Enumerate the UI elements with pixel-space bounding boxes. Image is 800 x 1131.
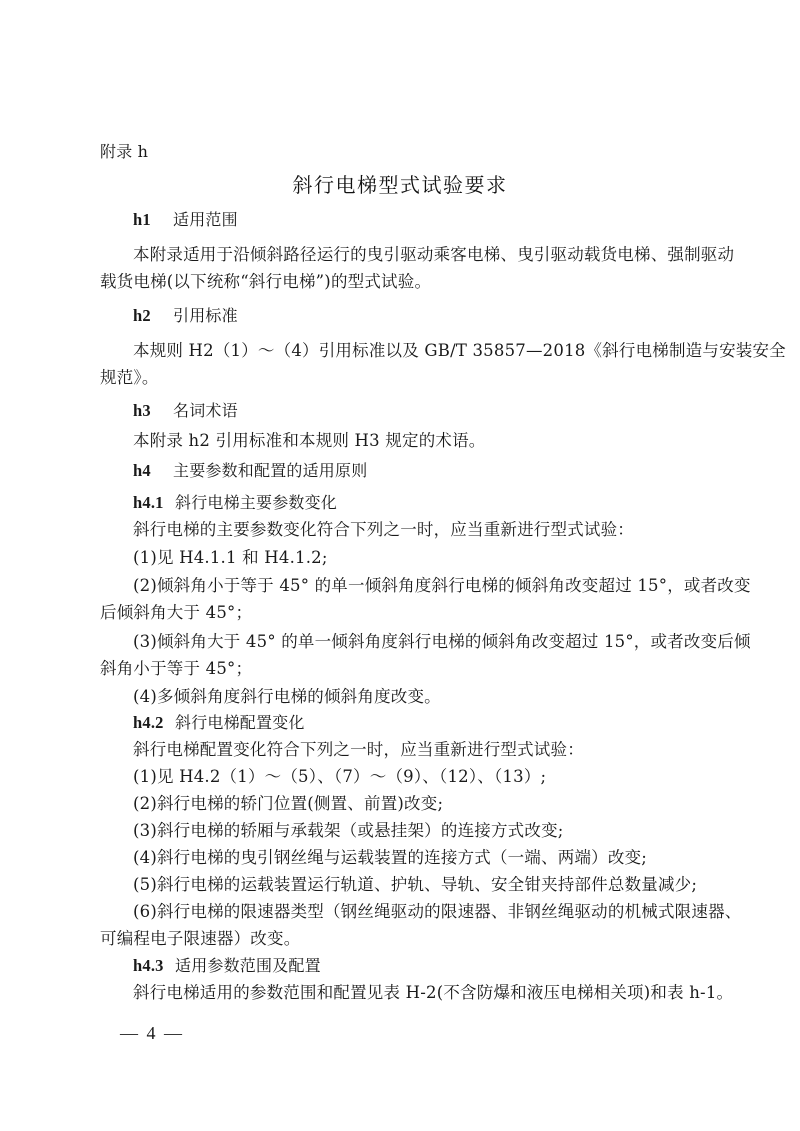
list-item: (4)斜行电梯的曳引钢丝绳与运载装置的连接方式（一端、两端）改变;	[133, 847, 743, 869]
list-item: (4)多倾斜角度斜行电梯的倾斜角度改变。	[133, 686, 743, 708]
section-h4-heading: h4主要参数和配置的适用原则	[133, 460, 743, 482]
subsection-number: h4.3	[133, 955, 175, 977]
subsection-title: 斜行电梯主要参数变化	[175, 493, 337, 512]
section-number: h2	[133, 305, 173, 327]
list-item: (3)倾斜角大于 45° 的单一倾斜角度斜行电梯的倾斜角改变超过 15°，或者改…	[133, 631, 743, 653]
paragraph-line: 本规则 H2（1）～（4）引用标准以及 GB/T 35857—2018《斜行电梯…	[133, 340, 743, 362]
section-number: h1	[133, 209, 173, 231]
list-item-continuation: 斜角小于等于 45°；	[100, 658, 710, 680]
list-item: (5)斜行电梯的运载装置运行轨道、护轨、导轨、安全钳夹持部件总数量减少;	[133, 874, 743, 896]
paragraph-line: 规范》。	[100, 367, 710, 389]
list-item-continuation: 可编程电子限速器）改变。	[100, 928, 710, 950]
document-page: 附录 h 斜行电梯型式试验要求 h1适用范围 本附录适用于沿倾斜路径运行的曳引驱…	[0, 0, 800, 1131]
paragraph-line: 本附录适用于沿倾斜路径运行的曳引驱动乘客电梯、曳引驱动载货电梯、强制驱动	[133, 244, 743, 266]
subsection-title: 斜行电梯配置变化	[175, 713, 305, 732]
section-title: 主要参数和配置的适用原则	[173, 461, 367, 480]
section-h1-heading: h1适用范围	[133, 209, 743, 231]
paragraph-line: 载货电梯(以下统称“斜行电梯”)的型式试验。	[100, 271, 710, 293]
paragraph-line: 斜行电梯适用的参数范围和配置见表 H-2(不含防爆和液压电梯相关项)和表 h-1…	[133, 982, 743, 1004]
document-title: 斜行电梯型式试验要求	[0, 172, 800, 198]
page-number: — 4 —	[120, 1023, 184, 1044]
subsection-h4-1-heading: h4.1斜行电梯主要参数变化	[133, 492, 743, 514]
section-h3-heading: h3名词术语	[133, 400, 743, 422]
list-item: (1)见 H4.1.1 和 H4.1.2;	[133, 547, 743, 569]
paragraph-line: 本附录 h2 引用标准和本规则 H3 规定的术语。	[133, 430, 743, 452]
list-item: (2)倾斜角小于等于 45° 的单一倾斜角度斜行电梯的倾斜角改变超过 15°，或…	[133, 575, 743, 597]
appendix-label: 附录 h	[100, 141, 710, 163]
list-item: (2)斜行电梯的轿门位置(侧置、前置)改变;	[133, 793, 743, 815]
subsection-h4-3-heading: h4.3适用参数范围及配置	[133, 955, 743, 977]
paragraph-line: 斜行电梯的主要参数变化符合下列之一时，应当重新进行型式试验：	[133, 519, 743, 541]
paragraph-line: 斜行电梯配置变化符合下列之一时，应当重新进行型式试验：	[133, 739, 743, 761]
subsection-number: h4.2	[133, 712, 175, 734]
list-item-continuation: 后倾斜角大于 45°；	[100, 602, 710, 624]
subsection-h4-2-heading: h4.2斜行电梯配置变化	[133, 712, 743, 734]
section-h2-heading: h2引用标准	[133, 305, 743, 327]
list-item: (6)斜行电梯的限速器类型（钢丝绳驱动的限速器、非钢丝绳驱动的机械式限速器、	[133, 901, 743, 923]
subsection-title: 适用参数范围及配置	[175, 956, 321, 975]
section-title: 适用范围	[173, 210, 238, 229]
list-item: (3)斜行电梯的轿厢与承载架（或悬挂架）的连接方式改变;	[133, 820, 743, 842]
section-number: h4	[133, 460, 173, 482]
section-title: 引用标准	[173, 306, 238, 325]
section-number: h3	[133, 400, 173, 422]
section-title: 名词术语	[173, 401, 238, 420]
subsection-number: h4.1	[133, 492, 175, 514]
list-item: (1)见 H4.2（1）～（5）、（7）～（9）、（12）、（13）;	[133, 766, 743, 788]
